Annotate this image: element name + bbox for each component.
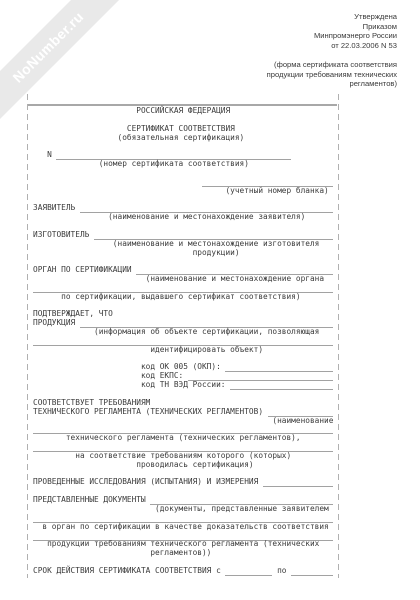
- form-text: идентифицировать объект): [33, 345, 263, 354]
- certificate-body: РОССИЙСКАЯ ФЕДЕРАЦИЯ СЕРТИФИКАТ СООТВЕТС…: [33, 107, 333, 576]
- form-text: Минпромэнерго России: [314, 31, 397, 40]
- approval-header-line: от 22.03.2006 N 53: [267, 41, 397, 51]
- form-text: СООТВЕТСТВУЕТ ТРЕБОВАНИЯМ: [33, 398, 150, 407]
- certificate-form-page: NoNumber.ru УтвержденаПриказомМинпромэне…: [0, 0, 420, 600]
- form-text: (наименование и местонахождение заявител…: [33, 212, 305, 221]
- form-text: код ЕКПС:: [33, 371, 188, 380]
- form-line: идентифицировать объект): [33, 346, 333, 355]
- approval-header-line: (форма сертификата соответствия: [267, 60, 397, 70]
- form-text: (номер сертификата соответствия): [33, 159, 249, 168]
- blank-field-line: _______________: [263, 477, 333, 487]
- form-line: СРОК ДЕЙСТВИЯ СЕРТИФИКАТА СООТВЕТСТВИЯ с…: [33, 567, 333, 576]
- form-line: по сертификации, выдавшего сертификат со…: [33, 293, 333, 302]
- form-text: (документы, представленные заявителем: [33, 504, 329, 513]
- form-text: N: [33, 150, 56, 159]
- form-line: проводилась сертификация): [33, 461, 333, 470]
- approval-header: УтвержденаПриказомМинпромэнерго Россииот…: [267, 12, 397, 89]
- approval-header-line: регламентов): [267, 79, 397, 89]
- approval-header-line: продукции требованиям технических: [267, 70, 397, 80]
- approval-header-line: Минпромэнерго России: [267, 31, 397, 41]
- form-line: (номер сертификата соответствия): [33, 160, 333, 169]
- form-line: ПРОВЕДЕННЫЕ ИССЛЕДОВАНИЯ (ИСПЫТАНИЯ) И И…: [33, 478, 333, 487]
- right-edge-dashed-rule: [338, 94, 339, 578]
- form-text: регламентов): [349, 79, 397, 88]
- form-text: РОССИЙСКАЯ ФЕДЕРАЦИЯ: [33, 106, 230, 115]
- form-line: (наименование и местонахождение заявител…: [33, 213, 333, 222]
- form-text: регламентов)): [33, 548, 211, 557]
- form-text: ПРОВЕДЕННЫЕ ИССЛЕДОВАНИЯ (ИСПЫТАНИЯ) И И…: [33, 477, 263, 486]
- approval-header-line: [267, 50, 397, 60]
- form-line: (учетный номер бланка): [33, 187, 333, 196]
- form-text: ЗАЯВИТЕЛЬ: [33, 203, 80, 212]
- form-text: (форма сертификата соответствия: [274, 60, 397, 69]
- form-text: Приказом: [363, 22, 397, 31]
- form-text: код ТН ВЭД России:: [33, 380, 230, 389]
- form-text: продукции требованиям технического регла…: [33, 539, 319, 548]
- form-text: ПРОДУКЦИЯ: [33, 318, 80, 327]
- watermark-text: NoNumber.ru: [9, 8, 86, 85]
- form-text: ТЕХНИЧЕСКОГО РЕГЛАМЕНТА (ТЕХНИЧЕСКИХ РЕГ…: [33, 407, 268, 416]
- form-text: (наименование и местонахождение органа: [33, 274, 324, 283]
- form-text: проводилась сертификация): [33, 460, 254, 469]
- form-line: регламентов)): [33, 549, 333, 558]
- approval-header-line: Приказом: [267, 22, 397, 32]
- form-line: РОССИЙСКАЯ ФЕДЕРАЦИЯ: [33, 107, 333, 116]
- form-text: продукции): [33, 248, 240, 257]
- form-line: (обязательная сертификация): [33, 134, 333, 143]
- form-text: (учетный номер бланка): [33, 186, 329, 195]
- form-text: Утверждена: [354, 12, 397, 21]
- left-edge-dashed-rule: [27, 94, 28, 578]
- form-text: от 22.03.2006 N 53: [331, 41, 397, 50]
- form-text: технического регламента (технических рег…: [33, 433, 301, 442]
- form-text: (информация об объекте сертификации, поз…: [33, 327, 319, 336]
- form-text: СЕРТИФИКАТ СООТВЕТСТВИЯ: [33, 124, 235, 133]
- form-text: по: [272, 566, 291, 575]
- form-text: по сертификации, выдавшего сертификат со…: [33, 292, 301, 301]
- form-text: [33, 177, 202, 186]
- blank-field-line: _________: [291, 566, 333, 576]
- form-text: продукции требованиям технических: [267, 70, 397, 79]
- form-text: ПОДТВЕРЖДАЕТ, ЧТО: [33, 309, 113, 318]
- form-text: ОРГАН ПО СЕРТИФИКАЦИИ: [33, 265, 136, 274]
- form-text: (наименование и местонахождение изготови…: [33, 239, 319, 248]
- form-text: ИЗГОТОВИТЕЛЬ: [33, 230, 94, 239]
- form-text: код ОК 005 (ОКП):: [33, 362, 225, 371]
- form-line: код ТН ВЭД России: _____________________…: [33, 381, 333, 390]
- form-text: (наименование: [33, 416, 333, 425]
- form-text: СРОК ДЕЙСТВИЯ СЕРТИФИКАТА СООТВЕТСТВИЯ с: [33, 566, 225, 575]
- blank-field-line: ______________________: [230, 380, 333, 390]
- blank-field-line: __________: [225, 566, 272, 576]
- form-text: на соответствие требованиям которого (ко…: [33, 451, 291, 460]
- approval-header-line: Утверждена: [267, 12, 397, 22]
- form-text: (обязательная сертификация): [33, 133, 244, 142]
- form-text: в орган по сертификации в качестве доказ…: [33, 522, 329, 531]
- form-line: продукции): [33, 249, 333, 258]
- form-text: ПРЕДСТАВЛЕННЫЕ ДОКУМЕНТЫ: [33, 495, 150, 504]
